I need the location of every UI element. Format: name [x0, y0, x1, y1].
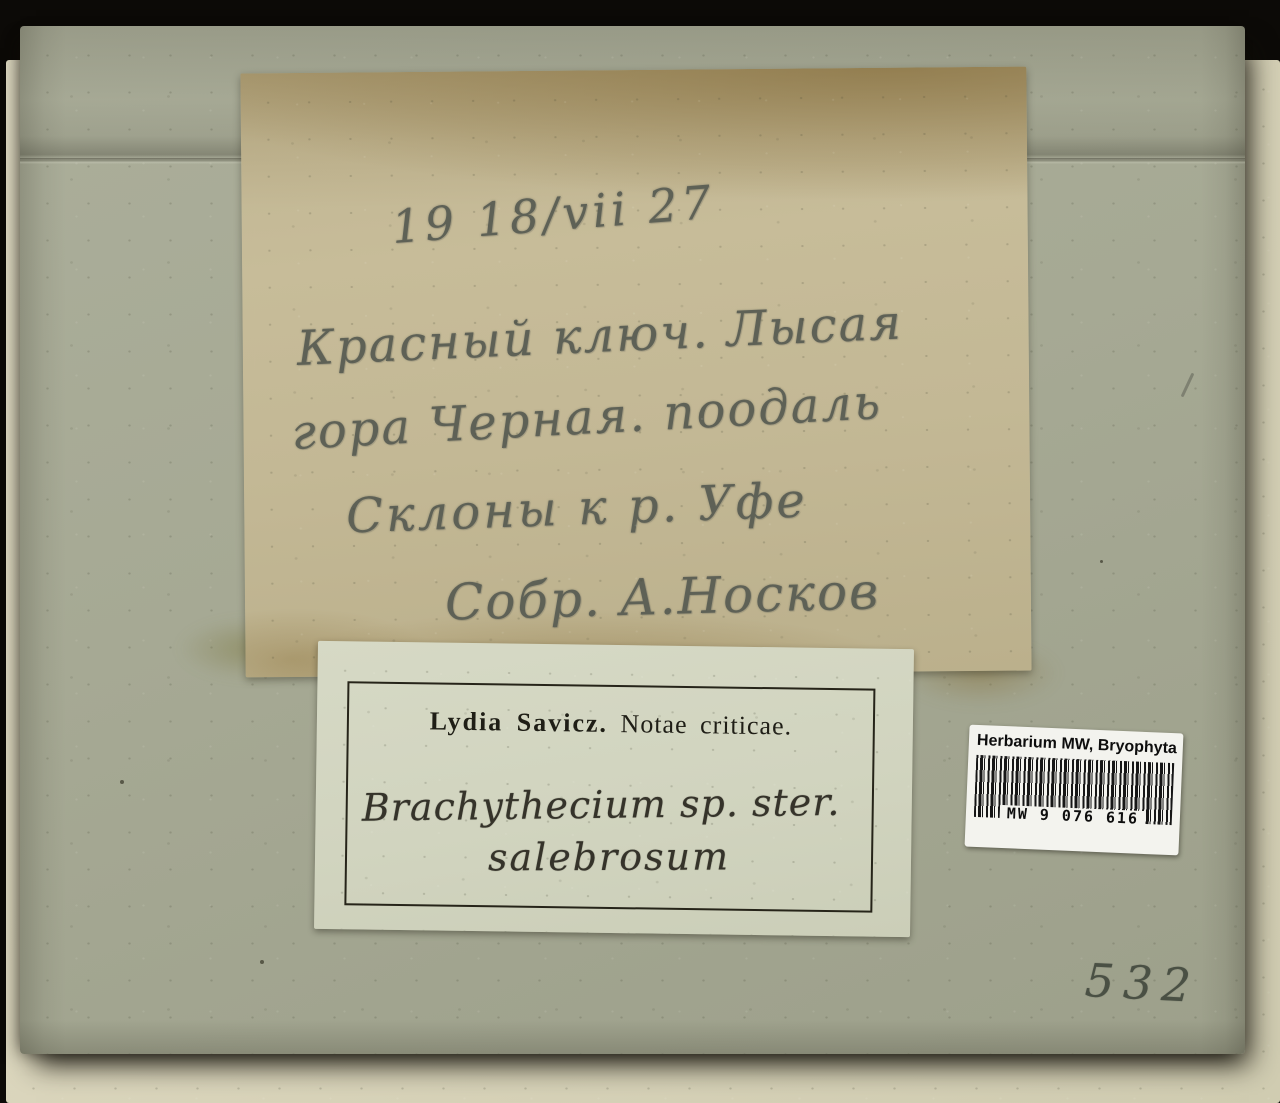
accession-number: 532: [1084, 953, 1201, 1013]
collection-locality-line3: Склоны к р. Уфе: [345, 472, 808, 544]
paper-speck: [260, 960, 264, 964]
photo-stage: 19 18/vii 27 Красный ключ. Лысая гора Че…: [0, 0, 1280, 1103]
herbarium-name: Herbarium MW, Bryophyta: [977, 732, 1176, 758]
collector-signature: Собр. А.Носков: [444, 562, 881, 631]
determination-label-border: Lydia Savicz. Notae criticae. Brachythec…: [344, 681, 875, 912]
barcode: MW 9 076 616: [974, 755, 1174, 825]
series-title: Lydia Savicz. Notae criticae.: [349, 705, 873, 742]
barcode-label: Herbarium MW, Bryophyta MW 9 076 616: [965, 725, 1184, 856]
species-name-line2: salebrosum: [347, 834, 871, 880]
barcode-number: MW 9 076 616: [999, 804, 1146, 827]
determination-label: Lydia Savicz. Notae criticae. Brachythec…: [314, 641, 914, 937]
collection-label: 19 18/vii 27 Красный ключ. Лысая гора Че…: [240, 67, 1031, 678]
paper-speck: [1100, 560, 1103, 563]
series-title-rest: Notae criticae.: [620, 709, 792, 740]
collection-date: 19 18/vii 27: [390, 175, 717, 254]
series-title-author: Lydia Savicz.: [430, 706, 609, 737]
collection-locality-line1: Красный ключ. Лысая: [296, 295, 904, 377]
species-name-line1: Brachythecium sp. ster.: [362, 780, 841, 830]
paper-speck: [120, 780, 124, 784]
collection-locality-line2: гора Черная. поодаль: [290, 374, 883, 461]
